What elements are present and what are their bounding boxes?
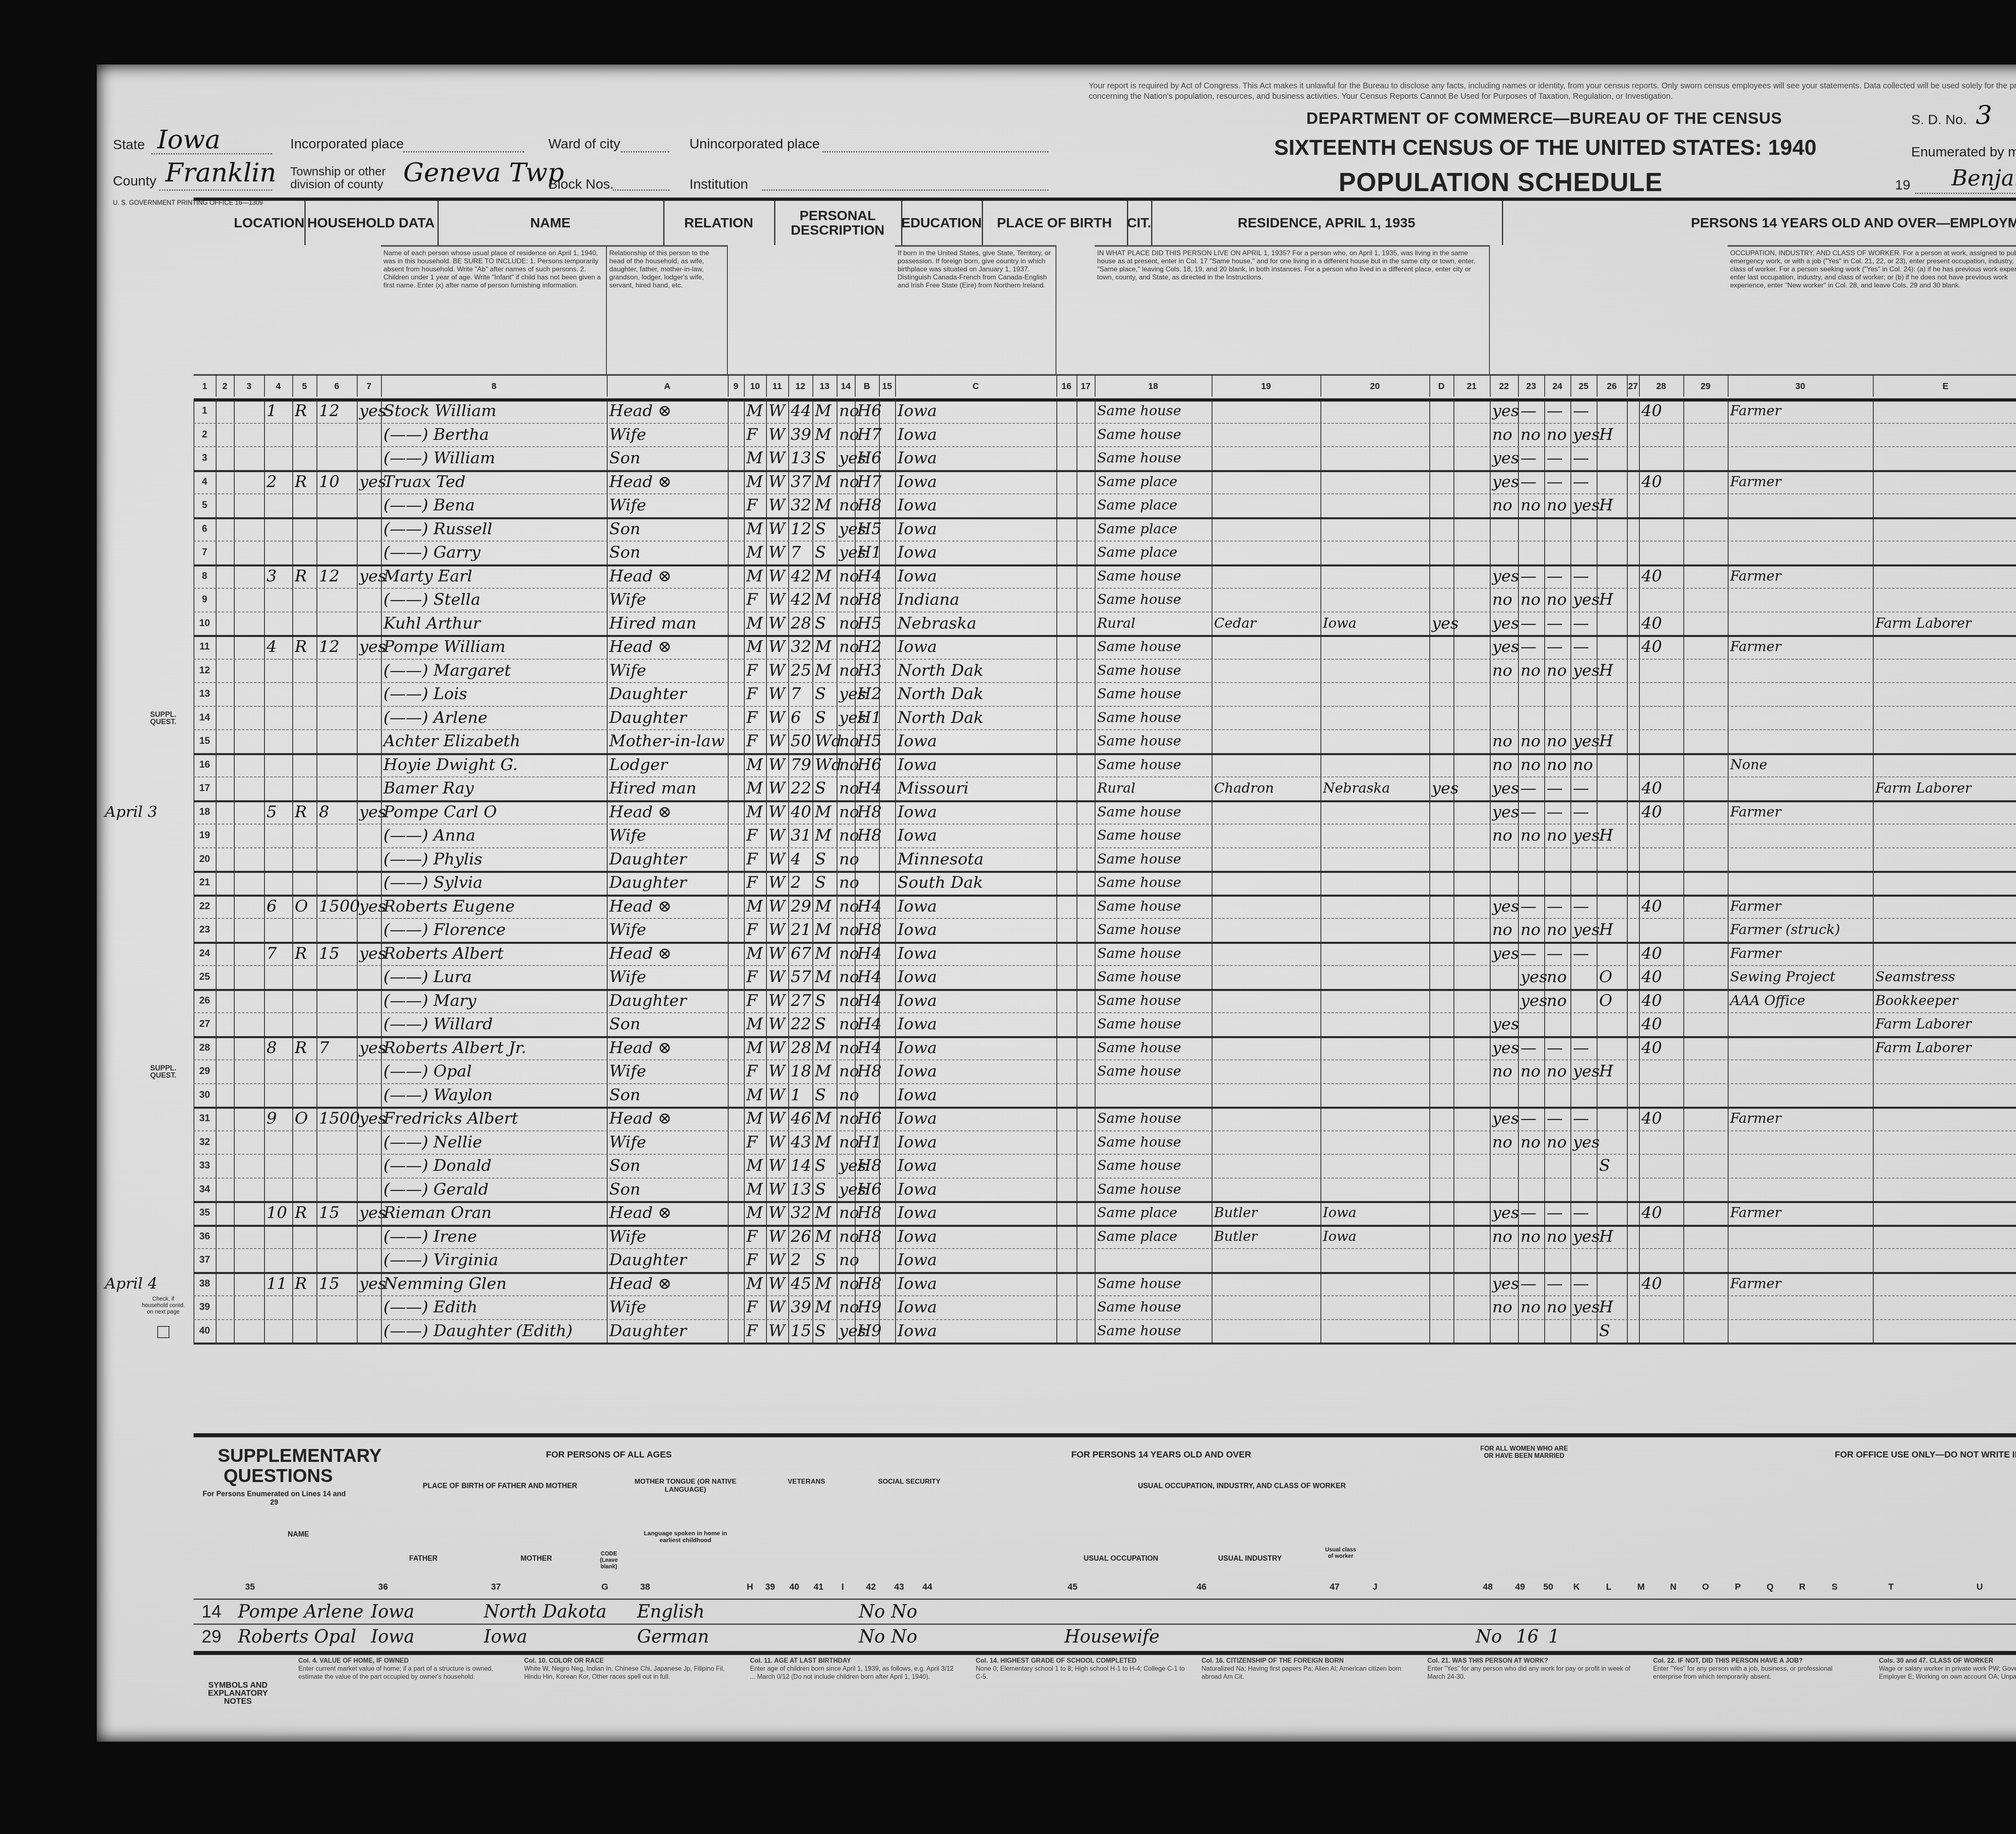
cell-dwelling [264, 1319, 292, 1343]
cell-occupation [1728, 493, 1873, 517]
cell-c23: no [1544, 918, 1570, 942]
cell-line: 4 [194, 470, 216, 494]
cell-c25 [1597, 895, 1627, 918]
cell-own [292, 918, 317, 942]
col-header-code: CODE (Leave blank) [593, 1550, 625, 1570]
cell-birthplace: Nebraska [895, 612, 1056, 635]
cell-c24 [1570, 682, 1597, 706]
cell-farm: yes [357, 470, 381, 494]
cell-birthplace: North Dak [895, 659, 1056, 683]
column-group-header: HOUSEHOLD DATA [304, 201, 439, 245]
column-number: 5 [292, 374, 317, 397]
cell-res-county [1212, 965, 1320, 989]
cell-school: no [837, 1130, 855, 1154]
cell-race: W [766, 1225, 788, 1249]
cell-c25 [1597, 399, 1627, 423]
cell-name: Pompe William [381, 635, 607, 659]
cell-age: 18 [788, 1060, 812, 1083]
cell-res-county [1212, 659, 1320, 683]
table-row: 66SonMW12SyesH5IowaSame place(——) Russel… [194, 517, 2016, 542]
cell-birthplace: Iowa [895, 1130, 1056, 1154]
county-label: County [113, 173, 156, 189]
cell-relation: Son [607, 541, 728, 564]
cell-own [292, 423, 317, 447]
cell-name: (——) Bena [381, 493, 607, 517]
col-header-usual-class: Usual class of worker [1322, 1546, 1359, 1559]
cell-occupation [1728, 1225, 1873, 1249]
cell-res-city: Same house [1095, 423, 1212, 447]
cell-line: 33 [194, 1154, 216, 1178]
cell-c24 [1570, 1178, 1597, 1201]
col-header-father: FATHER [371, 1554, 476, 1563]
cell-res-state [1320, 635, 1429, 659]
cell-occupation [1728, 1036, 1873, 1060]
cell-age: 1 [788, 1083, 812, 1107]
cell-industry [1873, 1178, 2016, 1201]
cell-hours: 40 [1639, 635, 1683, 659]
cell-dwelling [264, 612, 292, 635]
cell-farm [357, 1130, 381, 1154]
cell-res-city: Same house [1095, 729, 1212, 753]
cell-own [292, 824, 317, 847]
cell-res-state [1320, 1130, 1429, 1154]
cell-age: 27 [788, 989, 812, 1013]
column-number: 10 [744, 374, 767, 397]
cell-name: (——) Nellie [381, 1130, 607, 1154]
cell-c25 [1597, 612, 1627, 635]
column-instruction-name: Name of each person whose usual place of… [381, 245, 607, 374]
cell-dwelling [264, 1295, 292, 1319]
cell-value: 12 [317, 564, 357, 588]
cell-name: (——) Gerald [381, 1178, 607, 1201]
cell-at-work: no [1490, 1060, 1518, 1083]
cell-race: W [766, 446, 788, 470]
cell-name: Truax Ted [381, 470, 607, 494]
cell-c24: yes [1570, 588, 1597, 612]
cell-weeks-unemp [1683, 564, 1728, 588]
cell-school: no [837, 918, 855, 942]
cell-marital: S [812, 1178, 837, 1201]
cell-marital: M [812, 399, 837, 423]
cell-line: 12 [194, 659, 216, 683]
cell-own [292, 659, 317, 683]
cell-res-state [1320, 1012, 1429, 1036]
cell-age: 79 [788, 753, 812, 777]
cell-occupation [1728, 1319, 1873, 1343]
cell-occupation: Farmer [1728, 564, 1873, 588]
cell-farm [357, 446, 381, 470]
cell-marital: S [812, 776, 837, 800]
cell-relation: Head ⊗ [607, 1107, 728, 1130]
supplementary-column-number: 42 [859, 1582, 883, 1592]
cell-res-city: Same house [1095, 588, 1212, 612]
cell-race: W [766, 588, 788, 612]
cell-marital: S [812, 1319, 837, 1343]
cell-weeks-unemp [1683, 659, 1728, 683]
cell-relation: Wife [607, 965, 728, 989]
cell-hours: 40 [1639, 1272, 1683, 1296]
cell-c22 [1518, 1012, 1544, 1036]
supplementary-column-number: 43 [887, 1582, 911, 1592]
cell-marital: S [812, 446, 837, 470]
cell-c22: no [1518, 423, 1544, 447]
cell-farm [357, 682, 381, 706]
cell-birthplace: Iowa [895, 541, 1056, 564]
table-row: 18185R8yesHead ⊗MW40MnoH8IowaSame housey… [194, 800, 2016, 825]
cell-own [292, 753, 317, 777]
cell-relation: Wife [607, 423, 728, 447]
cell-age: 21 [788, 918, 812, 942]
cell-relation: Daughter [607, 682, 728, 706]
table-row: 442R10yesHead ⊗MW37MnoH7IowaSame placeye… [194, 470, 2016, 495]
cell-res-city: Same place [1095, 517, 1212, 541]
cell-res-county [1212, 446, 1320, 470]
cell-c23 [1544, 1178, 1570, 1201]
cell-race: W [766, 800, 788, 824]
cell-own [292, 1154, 317, 1178]
cell-marital: M [812, 423, 837, 447]
cell-marital: S [812, 847, 837, 871]
cell-c24 [1570, 706, 1597, 730]
cell-at-work: yes [1490, 1012, 1518, 1036]
column-group-header: RESIDENCE, APRIL 1, 1935 [1151, 201, 1503, 245]
cell-hours [1639, 423, 1683, 447]
grid-column-headers: LOCATIONHOUSEHOLD DATANAMERELATIONPERSON… [194, 198, 2016, 402]
cell-c22: — [1518, 942, 1544, 966]
cell-c25 [1597, 753, 1627, 777]
cell-relation: Wife [607, 1295, 728, 1319]
cell-farm [357, 1060, 381, 1083]
cell-birthplace: Iowa [895, 942, 1056, 966]
cell-c22: — [1518, 399, 1544, 423]
cell-at-work [1490, 517, 1518, 541]
cell-res-city: Same house [1095, 871, 1212, 895]
cell-line: 24 [194, 942, 216, 966]
cell-school: yes [837, 541, 855, 564]
cell-farm: yes [357, 895, 381, 918]
cell-dwelling [264, 989, 292, 1013]
cell-line: 19 [194, 824, 216, 847]
cell-dwelling [264, 776, 292, 800]
cell-relation: Son [607, 1012, 728, 1036]
cell-farm [357, 541, 381, 564]
cell-name: (——) Margaret [381, 659, 607, 683]
cell-occupation: Farmer [1728, 942, 1873, 966]
cell-c25 [1597, 1272, 1627, 1296]
footnote-body: White W, Negro Neg, Indian In, Chinese C… [524, 1665, 734, 1681]
margin-date-note: April 4 [105, 1274, 158, 1292]
cell-res-farm [1429, 446, 1454, 470]
cell-at-work: yes [1490, 564, 1518, 588]
table-row: 1212WifeFW25MnoH3North DakSame housenono… [194, 659, 2016, 683]
cell-value [317, 871, 357, 895]
cell-hours [1639, 706, 1683, 730]
township-value: Geneva Twp [403, 158, 564, 188]
cell-farm [357, 588, 381, 612]
column-instruction-relation: Relationship of this person to the head … [607, 245, 728, 374]
cell-birthplace: South Dak [895, 871, 1056, 895]
cell-relation: Head ⊗ [607, 942, 728, 966]
cell-name: (——) Florence [381, 918, 607, 942]
cell-at-work: yes [1490, 1107, 1518, 1130]
cell-value: 15 [317, 942, 357, 966]
cell-grade: H6 [855, 753, 879, 777]
cell-res-city: Rural [1095, 776, 1212, 800]
cell-relation: Head ⊗ [607, 399, 728, 423]
cell-c23: no [1544, 729, 1570, 753]
cell-grade: H8 [855, 493, 879, 517]
cell-marital: M [812, 635, 837, 659]
confidentiality-notice: Your report is required by Act of Congre… [1089, 81, 2016, 102]
section-14-and-over: FOR PERSONS 14 YEARS OLD AND OVER [879, 1449, 1443, 1460]
cell-farm [357, 423, 381, 447]
cell-c22 [1518, 1083, 1544, 1107]
cell-value [317, 423, 357, 447]
section-office-use: FOR OFFICE USE ONLY—DO NOT WRITE IN THES… [1605, 1449, 2016, 1460]
cell-dwelling: 5 [264, 800, 292, 824]
cell-marital: S [812, 612, 837, 635]
cell-age: 31 [788, 824, 812, 847]
cell-res-state [1320, 1060, 1429, 1083]
cell-own: R [292, 399, 317, 423]
cell-res-farm [1429, 1225, 1454, 1249]
cell-relation: Daughter [607, 1319, 728, 1343]
cell-grade: H1 [855, 541, 879, 564]
table-row: 22WifeFW39MnoH7IowaSame housenononoyesH5… [194, 423, 2016, 448]
cell-c23: — [1544, 895, 1570, 918]
cell-own [292, 1083, 317, 1107]
cell-sex: F [744, 824, 766, 847]
cell-grade: H2 [855, 682, 879, 706]
cell-grade: H8 [855, 1060, 879, 1083]
table-row: 1515Mother-in-lawFW50WdnoH5IowaSame hous… [194, 729, 2016, 755]
supplementary-column-number: 50 [1536, 1582, 1560, 1592]
cell-at-work: no [1490, 1225, 1518, 1249]
cell-c22: — [1518, 446, 1544, 470]
cell-sex: M [744, 776, 766, 800]
cell-school: no [837, 1083, 855, 1107]
cell-weeks-unemp [1683, 612, 1728, 635]
cell-hours: 40 [1639, 1107, 1683, 1130]
cell-birthplace: Iowa [895, 564, 1056, 588]
cell-hours: 40 [1639, 399, 1683, 423]
cell-relation: Son [607, 1178, 728, 1201]
cell-hours [1639, 1319, 1683, 1343]
cell-c24: — [1570, 800, 1597, 824]
cell-industry: Farm Laborer [1873, 776, 2016, 800]
cell-industry [1873, 1083, 2016, 1107]
footnote-body: None 0; Elementary school 1 to 8; High s… [976, 1665, 1185, 1681]
cell-line: 1 [194, 399, 216, 423]
cell-c25 [1597, 564, 1627, 588]
cell-grade: H4 [855, 895, 879, 918]
column-number: 21 [1454, 374, 1491, 397]
cell-name: (——) Russell [381, 517, 607, 541]
cell-relation: Son [607, 517, 728, 541]
cell-res-county [1212, 1178, 1320, 1201]
cell-grade: H6 [855, 399, 879, 423]
supp-age-first-marriage: 16 [1516, 1625, 1539, 1649]
cell-industry [1873, 541, 2016, 564]
cell-name: (——) Lura [381, 965, 607, 989]
cell-race: W [766, 1248, 788, 1272]
cell-weeks-unemp [1683, 1248, 1728, 1272]
cell-value [317, 541, 357, 564]
column-instruction-birthplace: If born in the United States, give State… [895, 245, 1056, 374]
cell-c23: no [1544, 965, 1570, 989]
cell-res-farm [1429, 399, 1454, 423]
cell-c22: — [1518, 776, 1544, 800]
cell-own [292, 1319, 317, 1343]
ward-underline [621, 151, 669, 152]
cell-c23 [1544, 682, 1570, 706]
cell-relation: Son [607, 1154, 728, 1178]
cell-birthplace: North Dak [895, 682, 1056, 706]
supplementary-column-number: 41 [806, 1582, 831, 1592]
column-number: 19 [1212, 374, 1321, 397]
cell-school: no [837, 493, 855, 517]
cell-c25: H [1597, 1060, 1627, 1083]
cell-farm [357, 1154, 381, 1178]
cell-line: 13 [194, 682, 216, 706]
cell-sex: M [744, 1178, 766, 1201]
cell-res-farm [1429, 1272, 1454, 1296]
cell-industry: Seamstress [1873, 965, 2016, 989]
col-header-name: NAME [238, 1530, 359, 1538]
cell-race: W [766, 635, 788, 659]
cell-dwelling [264, 1154, 292, 1178]
cell-line: 37 [194, 1248, 216, 1272]
cell-marital: M [812, 1201, 837, 1225]
cell-at-work: yes [1490, 800, 1518, 824]
cell-birthplace: Iowa [895, 824, 1056, 847]
cell-res-state [1320, 942, 1429, 966]
cell-dwelling: 8 [264, 1036, 292, 1060]
cell-birthplace: Iowa [895, 1319, 1056, 1343]
cell-res-state [1320, 493, 1429, 517]
cell-c22 [1518, 1319, 1544, 1343]
cell-race: W [766, 965, 788, 989]
cell-age: 22 [788, 1012, 812, 1036]
cell-res-city: Same place [1095, 493, 1212, 517]
cell-line: 34 [194, 1178, 216, 1201]
cell-line: 21 [194, 871, 216, 895]
cell-weeks-unemp [1683, 824, 1728, 847]
cell-c24 [1570, 1154, 1597, 1178]
footnote-body: Naturalized Na; Having first papers Pa; … [1202, 1665, 1411, 1681]
cell-race: W [766, 989, 788, 1013]
cell-c24 [1570, 1012, 1597, 1036]
checkbox-icon[interactable] [157, 1326, 169, 1338]
supplementary-column-number: 48 [1476, 1582, 1500, 1592]
supp-name: Roberts Opal [238, 1625, 356, 1649]
cell-marital: M [812, 800, 837, 824]
cell-birthplace: Minnesota [895, 847, 1056, 871]
cell-res-state: Nebraska [1320, 776, 1429, 800]
cell-school: no [837, 423, 855, 447]
cell-occupation [1728, 446, 1873, 470]
cell-sex: M [744, 517, 766, 541]
cell-sex: M [744, 1154, 766, 1178]
cell-line: 7 [194, 541, 216, 564]
cell-sex: F [744, 1130, 766, 1154]
cell-hours: 40 [1639, 989, 1683, 1013]
cell-c22: no [1518, 659, 1544, 683]
column-group-header: PLACE OF BIRTH [982, 201, 1128, 245]
cell-birthplace: Iowa [895, 423, 1056, 447]
cell-c25 [1597, 706, 1627, 730]
cell-res-county [1212, 635, 1320, 659]
cell-c24: — [1570, 399, 1597, 423]
column-instruction-res: IN WHAT PLACE DID THIS PERSON LIVE ON AP… [1095, 245, 1490, 374]
cell-res-city: Same house [1095, 1130, 1212, 1154]
county-underline [159, 189, 272, 191]
cell-res-county [1212, 1319, 1320, 1343]
cell-grade: H5 [855, 729, 879, 753]
cell-res-state [1320, 1107, 1429, 1130]
cell-name: (——) Willard [381, 1012, 607, 1036]
cell-industry [1873, 399, 2016, 423]
cell-industry [1873, 871, 2016, 895]
enumerator-underline [1915, 193, 2016, 194]
table-row: 1717Hired manMW22SnoH4MissouriRuralChadr… [194, 776, 2016, 802]
cell-at-work: yes [1490, 612, 1518, 635]
cell-birthplace: Iowa [895, 470, 1056, 494]
cell-c22 [1518, 871, 1544, 895]
cell-occupation [1728, 729, 1873, 753]
cell-farm: yes [357, 800, 381, 824]
cell-c24: — [1570, 1036, 1597, 1060]
cell-res-county: Cedar [1212, 612, 1320, 635]
cell-industry [1873, 1272, 2016, 1296]
column-number: 23 [1518, 374, 1545, 397]
supplementary-column-number: 45 [1060, 1582, 1085, 1592]
cell-race: W [766, 1319, 788, 1343]
cell-c22: no [1518, 1225, 1544, 1249]
cell-res-city: Same house [1095, 635, 1212, 659]
cell-at-work: yes [1490, 1272, 1518, 1296]
column-number: 15 [879, 374, 896, 397]
cell-weeks-unemp [1683, 729, 1728, 753]
cell-name: (——) Waylon [381, 1083, 607, 1107]
cell-value [317, 1154, 357, 1178]
cell-industry [1873, 1130, 2016, 1154]
cell-line: 3 [194, 446, 216, 470]
cell-sex: M [744, 635, 766, 659]
footnote-title: Col. 16. CITIZENSHIP OF THE FOREIGN BORN [1202, 1657, 1411, 1665]
cell-industry: Farm Laborer [1873, 1036, 2016, 1060]
cell-name: (——) Edith [381, 1295, 607, 1319]
cell-industry [1873, 1107, 2016, 1130]
cell-farm [357, 706, 381, 730]
cell-hours: 40 [1639, 470, 1683, 494]
cell-marital: S [812, 706, 837, 730]
cell-sex: M [744, 1083, 766, 1107]
cell-res-farm [1429, 682, 1454, 706]
cell-birthplace: Iowa [895, 1201, 1056, 1225]
cell-c23: — [1544, 564, 1570, 588]
cell-c24 [1570, 517, 1597, 541]
cell-line: 9 [194, 588, 216, 612]
household-continued-check[interactable]: Check, if household contd. on next page [141, 1295, 185, 1315]
cell-farm [357, 729, 381, 753]
cell-marital: S [812, 1154, 837, 1178]
cell-c25 [1597, 800, 1627, 824]
cell-c23: — [1544, 776, 1570, 800]
cell-name: (——) Stella [381, 588, 607, 612]
cell-birthplace: Missouri [895, 776, 1056, 800]
cell-c25: H [1597, 493, 1627, 517]
